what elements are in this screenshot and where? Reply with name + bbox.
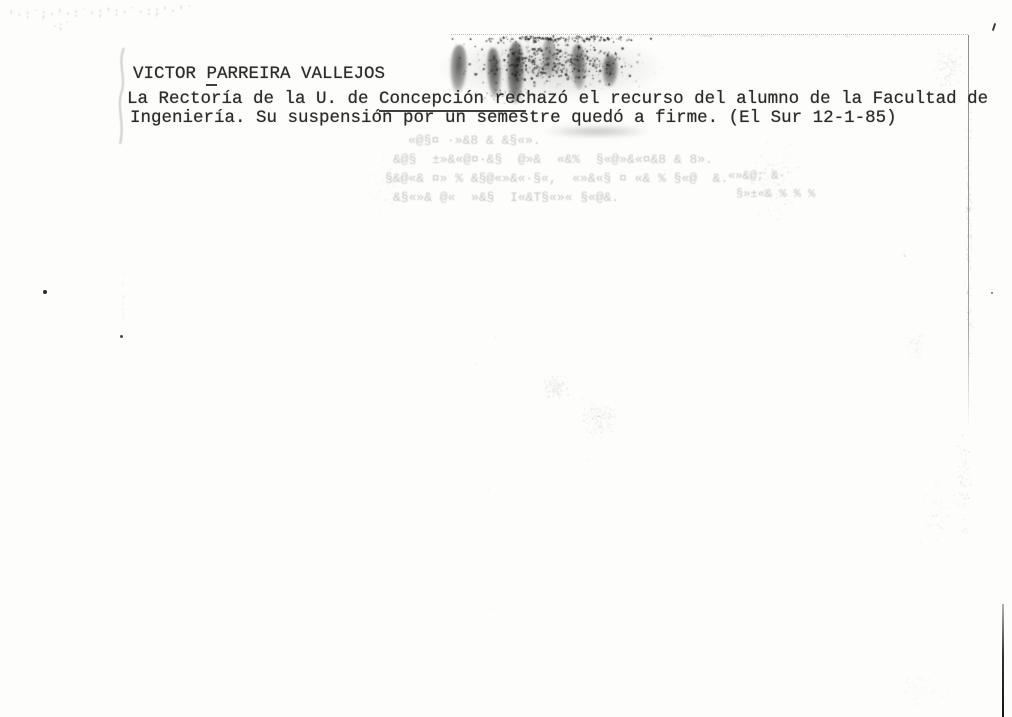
- smudge: [545, 125, 649, 138]
- dot-mark: [120, 335, 123, 338]
- typed-title: VICTOR PARREIRA VALLEJOS: [133, 65, 385, 84]
- ghost-fragment: «»&@; &·: [728, 169, 786, 183]
- ghost-fragment: §»±«& % % %: [736, 187, 815, 201]
- typed-body-line-1: La Rectoría de la U. de Concepción recha…: [127, 90, 988, 109]
- scanned-archive-card: '·:˙;·'·:˙·;':·˙·:;'·'˙ ·;˙ «@§¤ ·»&8 & …: [0, 0, 1012, 717]
- ghost-text-line: &@§ ±»&«@¤·&§ @»& «&% §«@»&«¤&8 & 8».: [393, 152, 713, 167]
- underline-mark-title-p: [206, 84, 217, 86]
- ghost-text-line: «@§¤ ·»&8 & &§«».: [408, 133, 541, 148]
- dot-mark: [991, 292, 993, 294]
- ghost-text-line: ·;˙: [52, 22, 70, 33]
- ink-streak: [542, 38, 556, 78]
- underline-mark-concepcion: [379, 110, 526, 112]
- ghost-text-line: §&@«& ¤» % &§@«»&«·§«, «»&«§ ¤ «& % §«@ …: [385, 171, 728, 186]
- dot-mark: [43, 290, 47, 294]
- ghost-text-line: &§«»& @« »&§ I«&T§«»« §«@&.: [393, 190, 619, 205]
